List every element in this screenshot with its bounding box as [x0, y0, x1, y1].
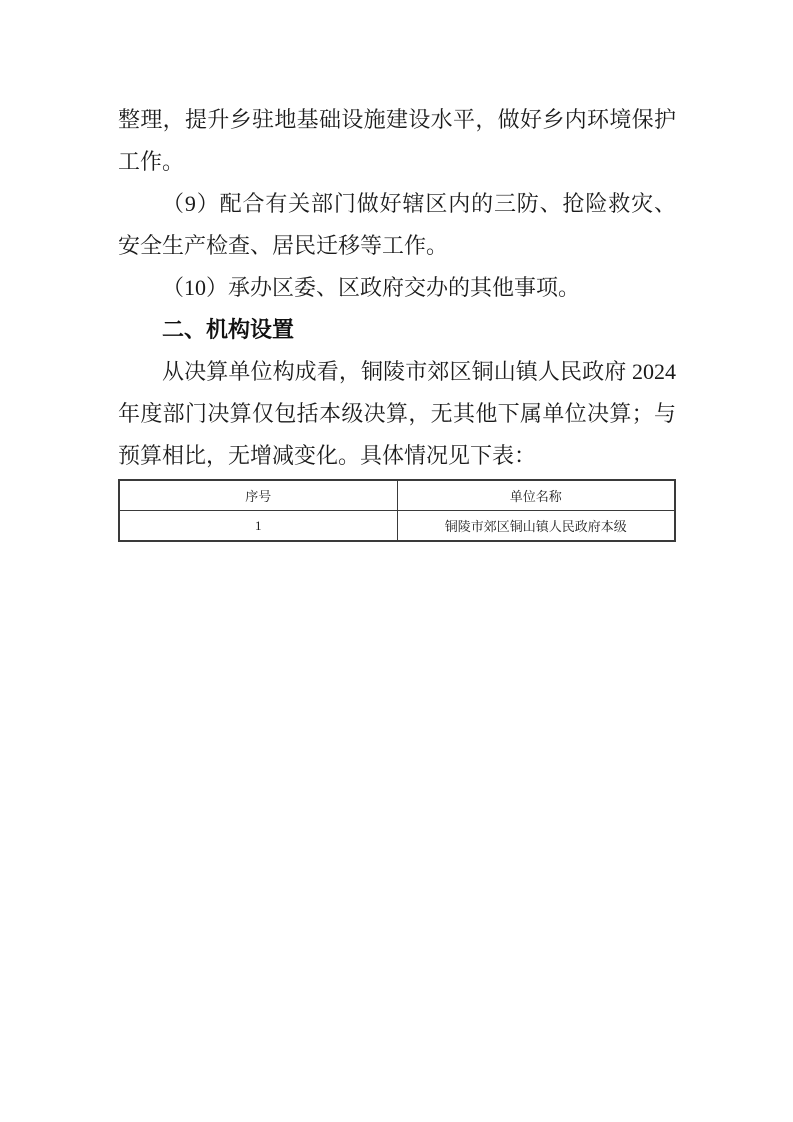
table-cell-serial: 1: [119, 511, 397, 542]
table-header-row: 序号 单位名称: [119, 480, 675, 511]
paragraph-item-10: （10）承办区委、区政府交办的其他事项。: [118, 267, 676, 309]
table-header-serial: 序号: [119, 480, 397, 511]
table-cell-unit-name: 铜陵市郊区铜山镇人民政府本级: [397, 511, 675, 542]
units-table: 序号 单位名称 1 铜陵市郊区铜山镇人民政府本级: [118, 479, 676, 542]
paragraph-org-setup: 从决算单位构成看，铜陵市郊区铜山镇人民政府 2024 年度部门决算仅包括本级决算…: [118, 351, 676, 477]
table-row: 1 铜陵市郊区铜山镇人民政府本级: [119, 511, 675, 542]
section-heading: 二、机构设置: [118, 309, 676, 351]
paragraph-continuation: 整理，提升乡驻地基础设施建设水平，做好乡内环境保护工作。: [118, 99, 676, 183]
paragraph-item-9: （9）配合有关部门做好辖区内的三防、抢险救灾、安全生产检查、居民迁移等工作。: [118, 183, 676, 267]
table-header-unit-name: 单位名称: [397, 480, 675, 511]
document-page: 整理，提升乡驻地基础设施建设水平，做好乡内环境保护工作。 （9）配合有关部门做好…: [0, 0, 793, 1122]
